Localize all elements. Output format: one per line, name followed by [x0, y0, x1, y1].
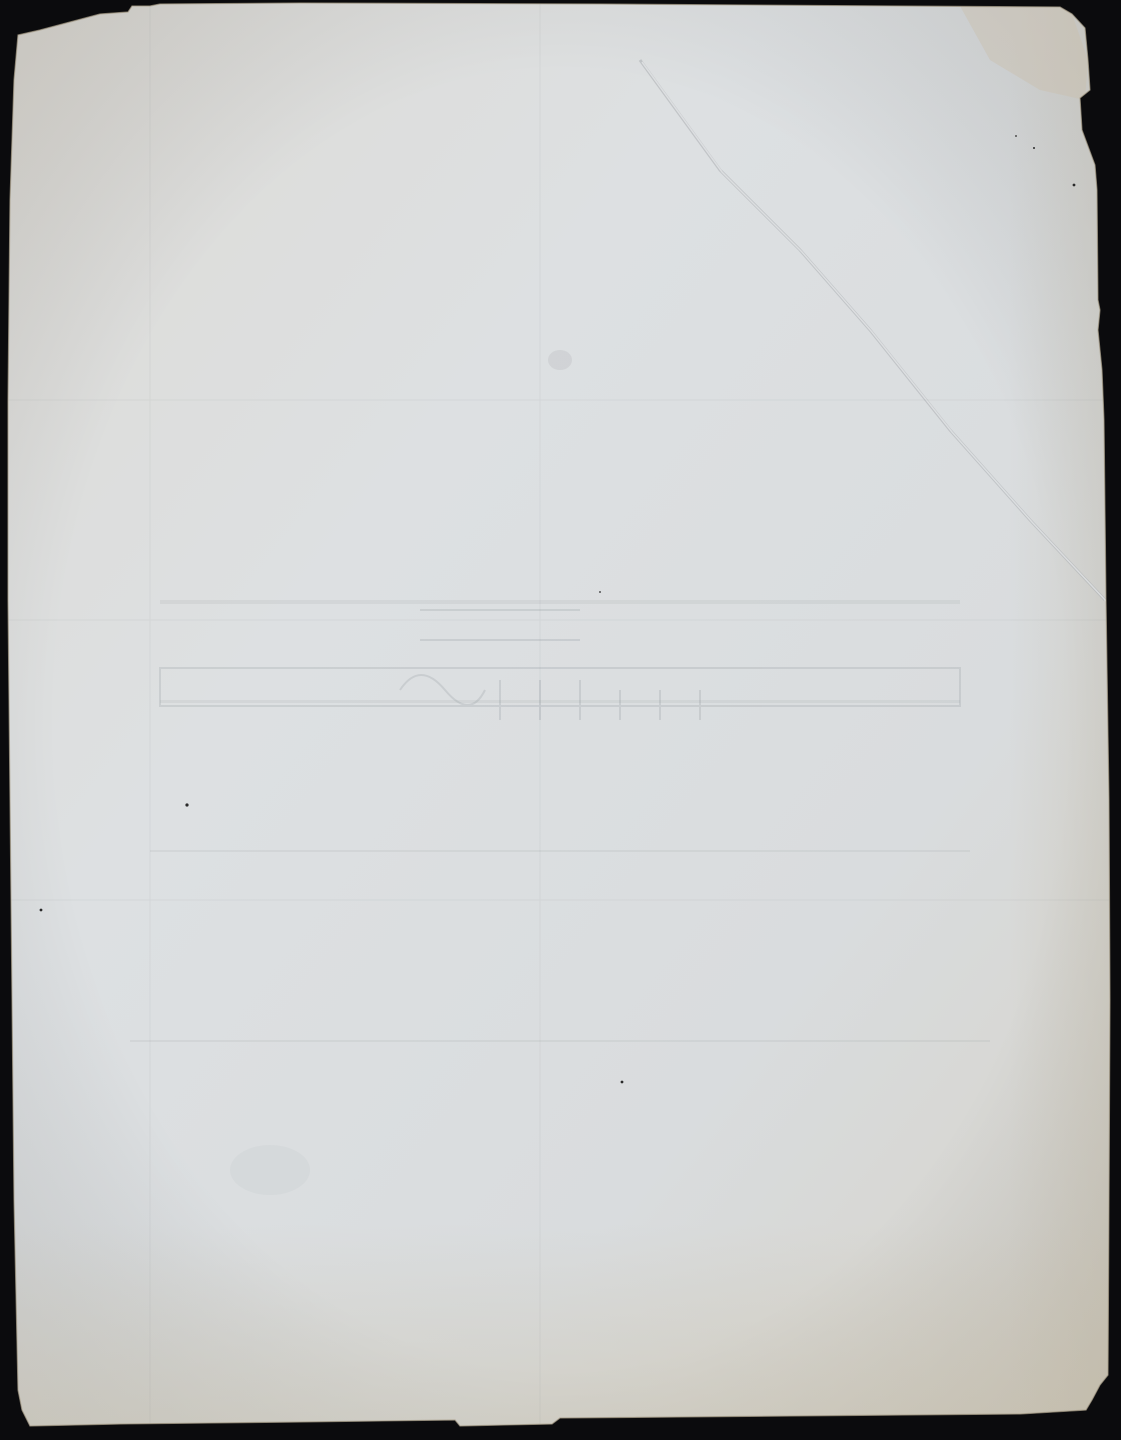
- paper-sheet: [0, 0, 1121, 1440]
- photo-scene: [0, 0, 1121, 1440]
